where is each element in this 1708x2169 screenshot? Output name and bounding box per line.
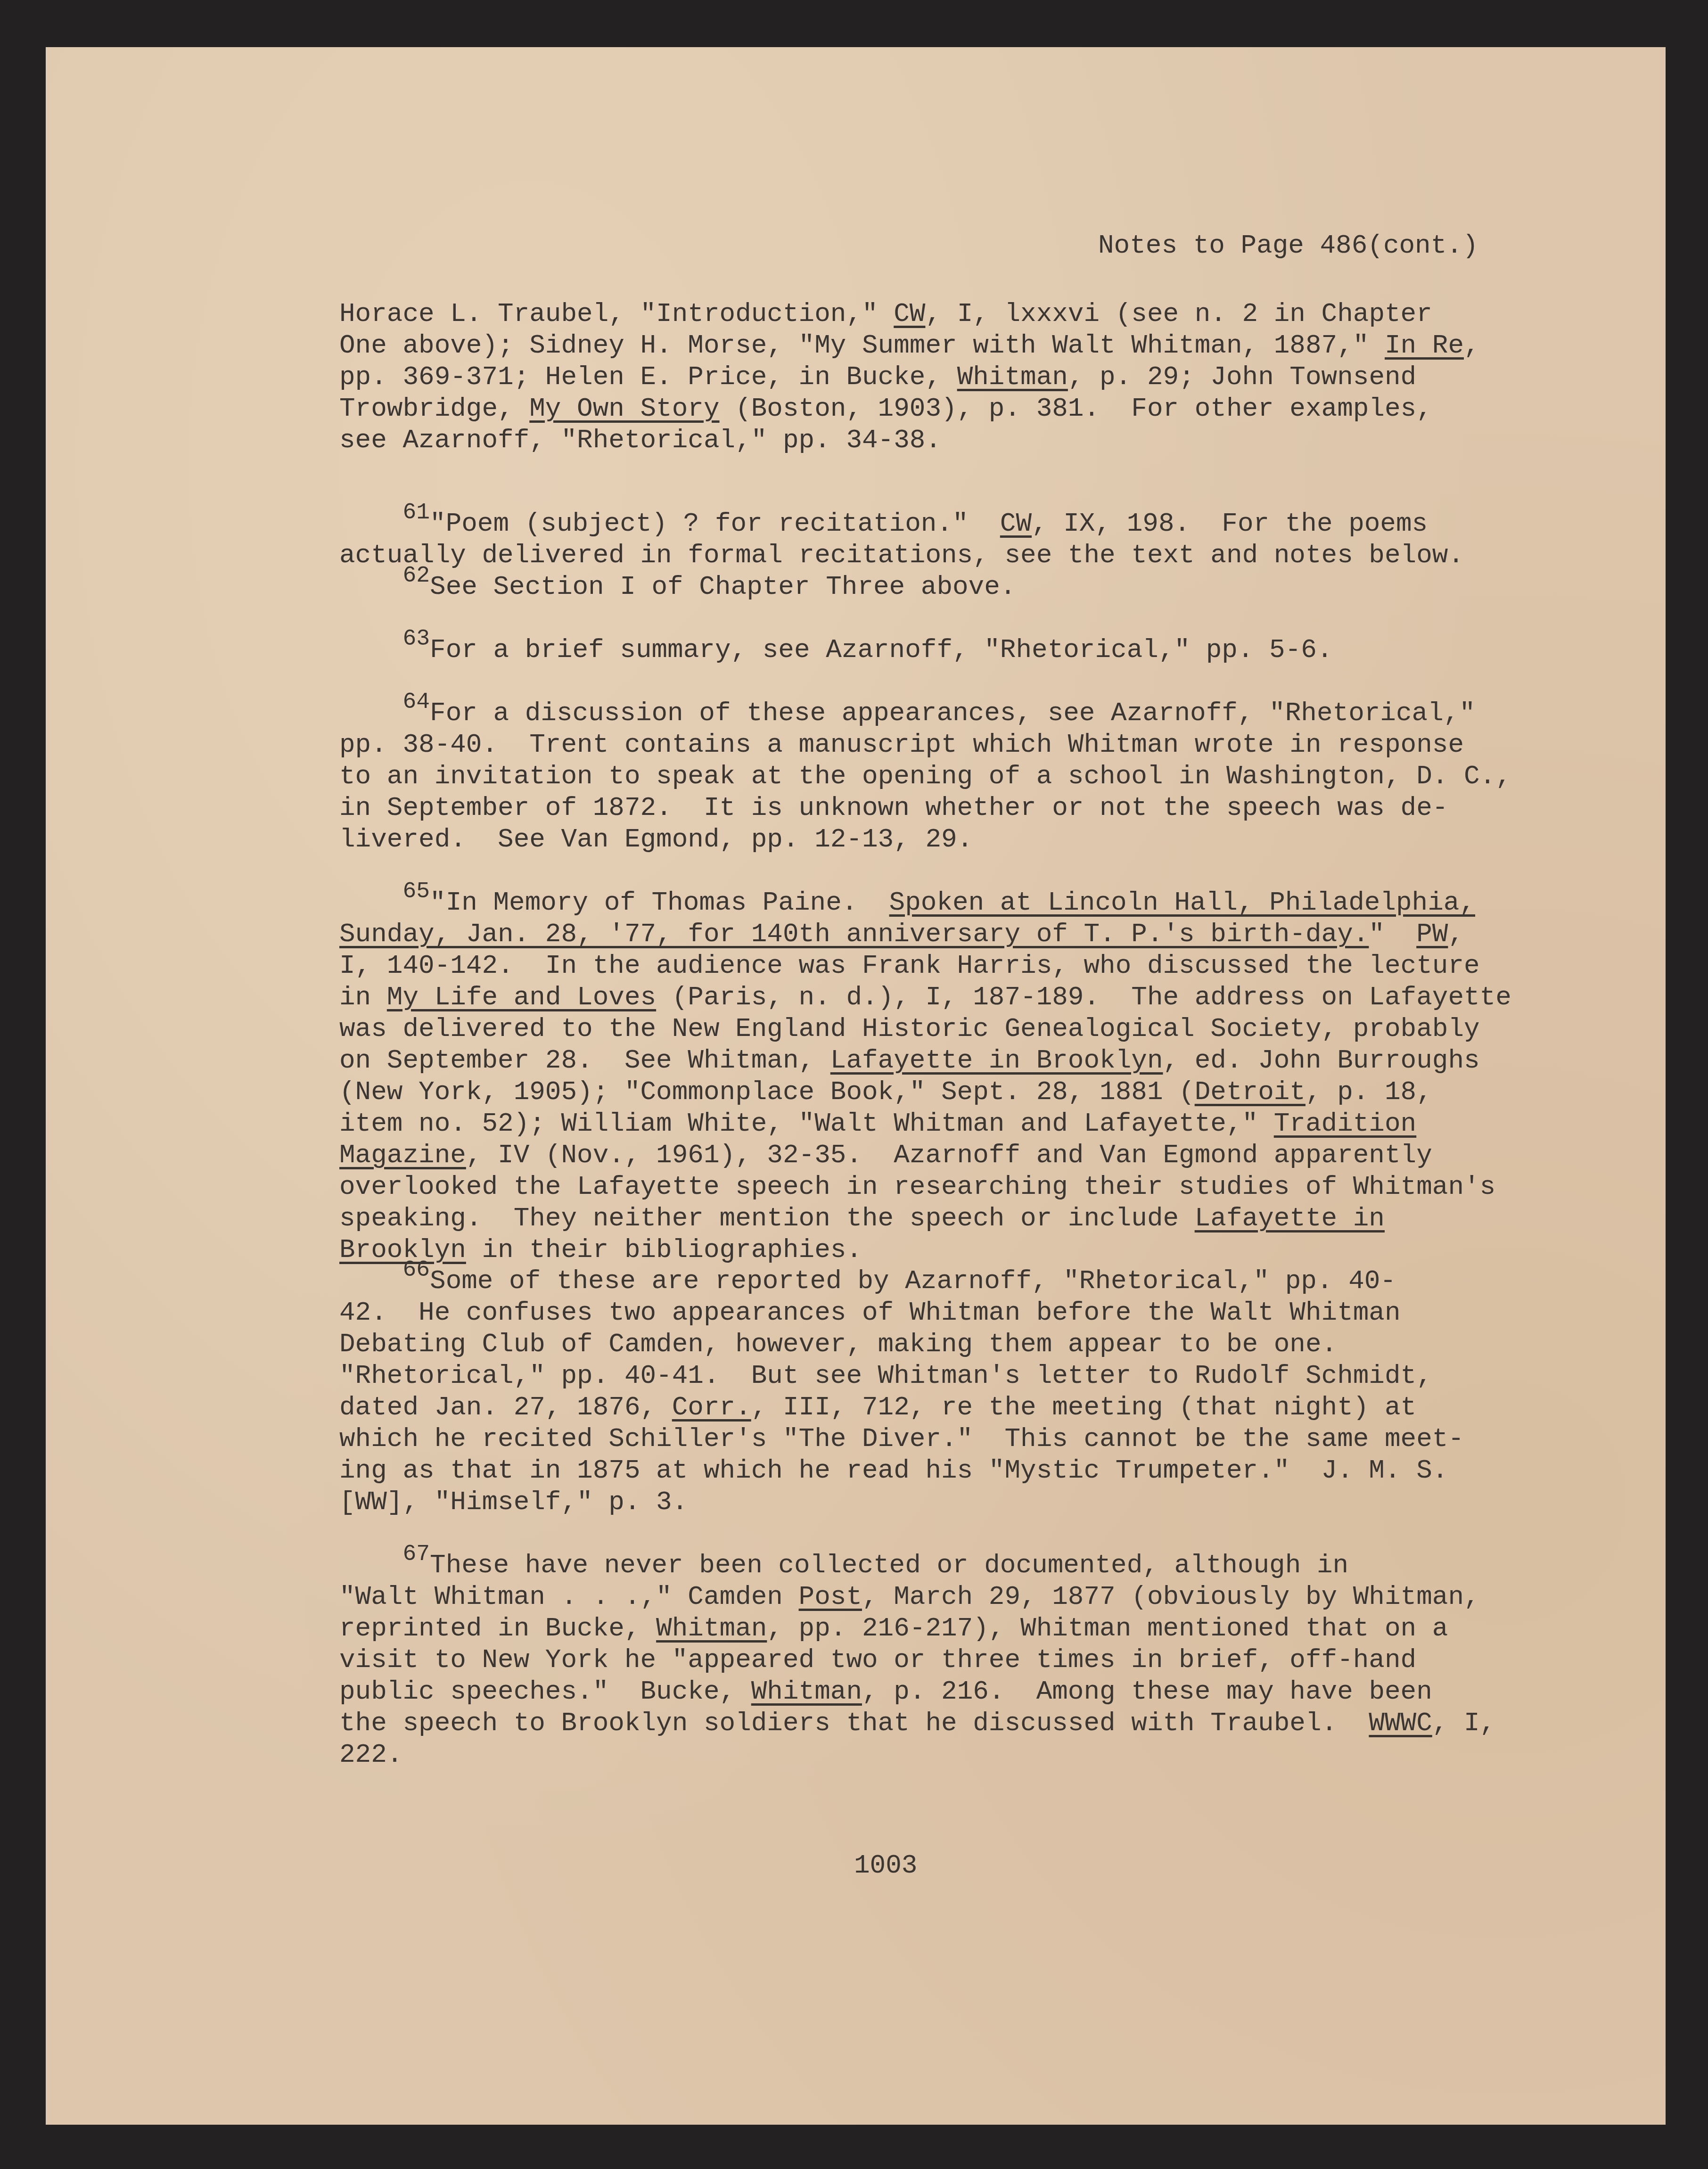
underlined-title: Tradition xyxy=(1274,1109,1416,1139)
text-line: item no. 52); William White, "Walt Whitm… xyxy=(339,1108,1511,1140)
text-run: One above); Sidney H. Morse, "My Summer … xyxy=(339,330,1385,361)
text-run: , p. 18, xyxy=(1306,1077,1432,1107)
footnote-61: 61"Poem (subject) ? for recitation." CW,… xyxy=(339,508,1464,571)
underlined-title: Whitman xyxy=(656,1613,767,1643)
text-run: pp. 369-371; Helen E. Price, in Bucke, xyxy=(339,362,957,392)
footnote-62: 62See Section I of Chapter Three above. xyxy=(339,571,1016,603)
text-run: For a discussion of these appearances, s… xyxy=(430,698,1475,728)
text-line: livered. See Van Egmond, pp. 12-13, 29. xyxy=(339,824,1511,855)
running-header: Notes to Page 486(cont.) xyxy=(1098,230,1478,262)
text-run: , III, 712, re the meeting (that night) … xyxy=(751,1392,1416,1422)
text-line: pp. 38-40. Trent contains a manuscript w… xyxy=(339,729,1511,761)
text-line: the speech to Brooklyn soldiers that he … xyxy=(339,1708,1495,1739)
text-run: 222. xyxy=(339,1740,402,1770)
text-line: "Walt Whitman . . .," Camden Post, March… xyxy=(339,1581,1495,1613)
text-run: I, 140-142. In the audience was Frank Ha… xyxy=(339,951,1480,981)
text-run: , p. 216. Among these may have been xyxy=(862,1676,1432,1707)
footnote-66: 66Some of these are reported by Azarnoff… xyxy=(339,1265,1464,1518)
text-line: pp. 369-371; Helen E. Price, in Bucke, W… xyxy=(339,361,1480,393)
underlined-title: CW xyxy=(1000,509,1032,539)
text-line: Sunday, Jan. 28, '77, for 140th annivers… xyxy=(339,919,1511,950)
text-run: pp. 38-40. Trent contains a manuscript w… xyxy=(339,730,1464,760)
text-run: These have never been collected or docum… xyxy=(430,1550,1348,1580)
text-run: to an invitation to speak at the opening… xyxy=(339,761,1511,791)
text-line: I, 140-142. In the audience was Frank Ha… xyxy=(339,950,1511,982)
underlined-title: CW xyxy=(894,299,925,329)
text-run: Debating Club of Camden, however, making… xyxy=(339,1329,1337,1359)
text-run: "In Memory of Thomas Paine. xyxy=(430,887,889,918)
footnote-65: 65"In Memory of Thomas Paine. Spoken at … xyxy=(339,887,1511,1266)
page-number: 1003 xyxy=(854,1850,917,1881)
text-line: on September 28. See Whitman, Lafayette … xyxy=(339,1045,1511,1076)
text-run: in their bibliographies. xyxy=(466,1235,862,1265)
text-run: ing as that in 1875 at which he read his… xyxy=(339,1455,1448,1486)
text-line: actually delivered in formal recitations… xyxy=(339,540,1464,571)
text-run: item no. 52); William White, "Walt Whitm… xyxy=(339,1109,1274,1139)
text-line: Brooklyn in their bibliographies. xyxy=(339,1234,1511,1266)
underlined-title: Post xyxy=(799,1582,862,1612)
text-run: on September 28. See Whitman, xyxy=(339,1045,830,1076)
text-line: in My Life and Loves (Paris, n. d.), I, … xyxy=(339,982,1511,1013)
text-line: 66Some of these are reported by Azarnoff… xyxy=(339,1265,1464,1297)
underlined-title: Sunday, Jan. 28, '77, for 140th annivers… xyxy=(339,919,1369,949)
text-line: Horace L. Traubel, "Introduction," CW, I… xyxy=(339,298,1480,330)
underlined-title: Detroit xyxy=(1195,1077,1306,1107)
text-run: , I, lxxxvi (see n. 2 in Chapter xyxy=(925,299,1432,329)
text-run: "Poem (subject) ? for recitation." xyxy=(430,509,1000,539)
text-line: 61"Poem (subject) ? for recitation." CW,… xyxy=(339,508,1464,540)
underlined-title: PW xyxy=(1416,919,1448,949)
text-run: , p. 29; John Townsend xyxy=(1068,362,1416,392)
text-line: was delivered to the New England Histori… xyxy=(339,1013,1511,1045)
text-line: visit to New York he "appeared two or th… xyxy=(339,1644,1495,1676)
footnote-number: 62 xyxy=(402,563,430,589)
text-run: See Section I of Chapter Three above. xyxy=(430,572,1016,602)
text-line: 63For a brief summary, see Azarnoff, "Rh… xyxy=(339,634,1333,666)
footnote-64: 64For a discussion of these appearances,… xyxy=(339,698,1511,855)
text-line: Magazine, IV (Nov., 1961), 32-35. Azarno… xyxy=(339,1140,1511,1171)
text-line: ing as that in 1875 at which he read his… xyxy=(339,1455,1464,1487)
text-line: Debating Club of Camden, however, making… xyxy=(339,1329,1464,1360)
underlined-title: Magazine xyxy=(339,1140,466,1170)
text-run: , March 29, 1877 (obviously by Whitman, xyxy=(862,1582,1480,1612)
text-run: , xyxy=(1448,919,1464,949)
text-run: [WW], "Himself," p. 3. xyxy=(339,1487,688,1517)
underlined-title: Corr. xyxy=(672,1392,751,1422)
text-line: dated Jan. 27, 1876, Corr., III, 712, re… xyxy=(339,1392,1464,1423)
text-run: which he recited Schiller's "The Diver."… xyxy=(339,1424,1464,1454)
text-run: was delivered to the New England Histori… xyxy=(339,1014,1480,1044)
note-60-continuation: Horace L. Traubel, "Introduction," CW, I… xyxy=(339,298,1480,456)
text-run: see Azarnoff, "Rhetorical," pp. 34-38. xyxy=(339,425,941,455)
text-run: (New York, 1905); "Commonplace Book," Se… xyxy=(339,1077,1195,1107)
text-run: Trowbridge, xyxy=(339,394,529,424)
text-run: (Boston, 1903), p. 381. For other exampl… xyxy=(720,394,1432,424)
text-run: actually delivered in formal recitations… xyxy=(339,540,1464,570)
text-line: see Azarnoff, "Rhetorical," pp. 34-38. xyxy=(339,425,1480,456)
text-line: 67These have never been collected or doc… xyxy=(339,1550,1495,1581)
underlined-title: My Own Story xyxy=(529,394,719,424)
text-run: dated Jan. 27, 1876, xyxy=(339,1392,672,1422)
underlined-title: My Life and Loves xyxy=(387,982,656,1012)
text-line: 65"In Memory of Thomas Paine. Spoken at … xyxy=(339,887,1511,919)
text-run: speaking. They neither mention the speec… xyxy=(339,1203,1195,1233)
footnote-number: 61 xyxy=(402,500,430,526)
footnote-number: 65 xyxy=(402,879,430,904)
text-run: overlooked the Lafayette speech in resea… xyxy=(339,1172,1495,1202)
text-line: One above); Sidney H. Morse, "My Summer … xyxy=(339,330,1480,361)
text-run: reprinted in Bucke, xyxy=(339,1613,656,1643)
text-run: Some of these are reported by Azarnoff, … xyxy=(430,1266,1396,1296)
underlined-title: Whitman xyxy=(957,362,1068,392)
text-line: 64For a discussion of these appearances,… xyxy=(339,698,1511,729)
text-run: the speech to Brooklyn soldiers that he … xyxy=(339,1708,1369,1738)
text-run: , pp. 216-217), Whitman mentioned that o… xyxy=(767,1613,1448,1643)
text-run: , I, xyxy=(1432,1708,1495,1738)
text-run: , ed. John Burroughs xyxy=(1163,1045,1480,1076)
text-line: 42. He confuses two appearances of Whitm… xyxy=(339,1297,1464,1329)
text-run: For a brief summary, see Azarnoff, "Rhet… xyxy=(430,635,1333,665)
text-run: "Walt Whitman . . .," Camden xyxy=(339,1582,799,1612)
text-line: 222. xyxy=(339,1739,1495,1771)
text-run: "Rhetorical," pp. 40-41. But see Whitman… xyxy=(339,1361,1432,1391)
text-line: overlooked the Lafayette speech in resea… xyxy=(339,1171,1511,1203)
text-line: public speeches." Bucke, Whitman, p. 216… xyxy=(339,1676,1495,1708)
underlined-title: Whitman xyxy=(751,1676,862,1707)
text-line: to an invitation to speak at the opening… xyxy=(339,761,1511,792)
text-line: Trowbridge, My Own Story (Boston, 1903),… xyxy=(339,393,1480,425)
text-run: , IX, 198. For the poems xyxy=(1032,509,1428,539)
text-line: "Rhetorical," pp. 40-41. But see Whitman… xyxy=(339,1360,1464,1392)
footnote-number: 67 xyxy=(402,1542,430,1567)
text-run: 42. He confuses two appearances of Whitm… xyxy=(339,1298,1401,1328)
text-run: , xyxy=(1464,330,1480,361)
text-line: which he recited Schiller's "The Diver."… xyxy=(339,1423,1464,1455)
text-line: in September of 1872. It is unknown whet… xyxy=(339,792,1511,824)
underlined-title: Spoken at Lincoln Hall, Philadelphia, xyxy=(889,887,1475,918)
text-run: in September of 1872. It is unknown whet… xyxy=(339,793,1448,823)
underlined-title: Lafayette in xyxy=(1195,1203,1385,1233)
text-line: [WW], "Himself," p. 3. xyxy=(339,1487,1464,1518)
text-run: public speeches." Bucke, xyxy=(339,1676,751,1707)
underlined-title: In Re xyxy=(1385,330,1464,361)
text-run: in xyxy=(339,982,387,1012)
footnote-67: 67These have never been collected or doc… xyxy=(339,1550,1495,1771)
underlined-title: WWWC xyxy=(1369,1708,1432,1738)
text-line: (New York, 1905); "Commonplace Book," Se… xyxy=(339,1076,1511,1108)
footnote-63: 63For a brief summary, see Azarnoff, "Rh… xyxy=(339,634,1333,666)
underlined-title: Lafayette in Brooklyn xyxy=(830,1045,1163,1076)
footnote-number: 66 xyxy=(402,1257,430,1283)
text-run: , IV (Nov., 1961), 32-35. Azarnoff and V… xyxy=(466,1140,1432,1170)
footnote-number: 63 xyxy=(402,626,430,652)
text-run: (Paris, n. d.), I, 187-189. The address … xyxy=(656,982,1511,1012)
text-run: Horace L. Traubel, "Introduction," xyxy=(339,299,894,329)
text-run: livered. See Van Egmond, pp. 12-13, 29. xyxy=(339,824,973,854)
text-line: 62See Section I of Chapter Three above. xyxy=(339,571,1016,603)
text-run: visit to New York he "appeared two or th… xyxy=(339,1645,1416,1675)
footnote-number: 64 xyxy=(402,690,430,715)
text-run: " xyxy=(1369,919,1416,949)
text-line: speaking. They neither mention the speec… xyxy=(339,1203,1511,1234)
text-line: reprinted in Bucke, Whitman, pp. 216-217… xyxy=(339,1613,1495,1644)
